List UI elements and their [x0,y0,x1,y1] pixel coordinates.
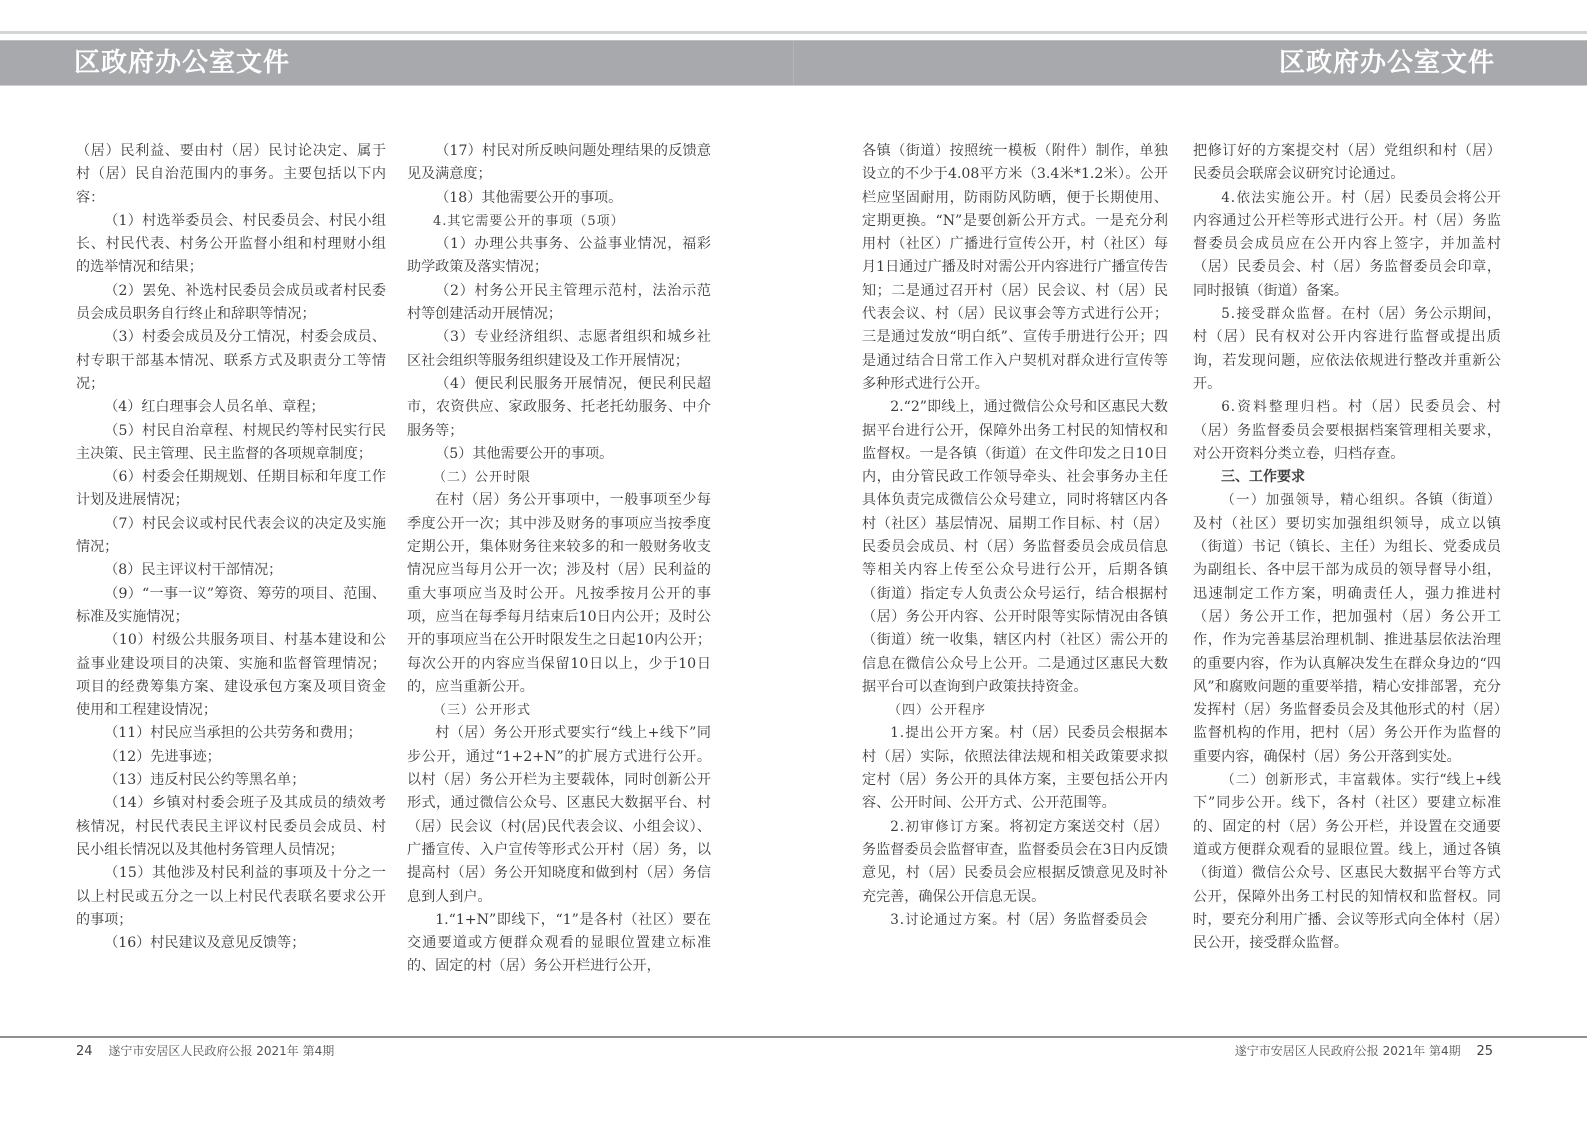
paragraph-lead: 5.接受群众监督。 [1221,306,1341,322]
paragraph-lead: 3.讨论通过方案。 [890,912,1006,928]
list-item: （15）其他涉及村民利益的事项及十分之一以上村民或五分之一以上村民代表联名要求公… [76,862,386,932]
right-page-footer: 遂宁市安居区人民政府公报 2021年 第4期 25 [1235,1043,1493,1060]
header-banner: 区政府办公室文件 区政府办公室文件 [0,40,1587,86]
paragraph-lead: 4.依法实施公开。 [1221,190,1341,206]
lead-paragraph: 6.资料整理归档。村（居）民委员会、村（居）务监督委员会要根据档案管理相关要求，… [1193,396,1501,466]
list-item: 2.“2”即线上，通过微信公众号和区惠民大数据平台进行公开，保障外出务工村民的知… [862,396,1168,699]
list-item: （11）村民应当承担的公共劳务和费用； [76,722,386,745]
lead-paragraph: （二）创新形式，丰富载体。实行“线上+线下”同步公开。线下，各村（社区）要建立标… [1193,769,1501,955]
paragraph-text: 村（居）务监督委员会 [1007,912,1148,928]
paragraph-lead: 6.资料整理归档。 [1221,399,1348,415]
subsection-heading: （二）公开时限 [407,466,711,489]
body-paragraph: 各镇（街道）按照统一模板（附件）制作，单独设立的不少于4.08平方米（3.4米*… [862,140,1168,396]
paragraph-lead: 2.初审修订方案。 [890,819,1009,835]
publication-name: 遂宁市安居区人民政府公报 [108,1044,252,1058]
list-item: （8）民主评议村干部情况； [76,559,386,582]
publication-issue: 第4期 [303,1044,335,1058]
page-number: 25 [1476,1044,1493,1059]
list-item: 1.“1+N”即线下，“1”是各村（社区）要在交通要道或方便群众观看的显眼位置建… [407,909,711,979]
subsection-heading: （三）公开形式 [407,699,711,722]
list-item: 村（居）务公开形式要实行“线上+线下”同步公开，通过“1+2+N”的扩展方式进行… [407,722,711,908]
list-item: （3）专业经济组织、志愿者组织和城乡社区社会组织等服务组织建设及工作开展情况； [407,326,711,373]
list-item: （5）其他需要公开的事项。 [407,443,711,466]
page-spine-divider [793,41,794,85]
list-item: 在村（居）务公开事项中，一般事项至少每季度公开一次；其中涉及财务的事项应当按季度… [407,489,711,699]
subsection-heading: 4.其它需要公开的事项（5项） [407,210,711,233]
footer-rule [0,1036,1587,1038]
list-item: （6）村委会任期规划、任期目标和年度工作计划及进展情况； [76,466,386,513]
list-item: （1）村选举委员会、村民委员会、村民小组长、村民代表、村务公开监督小组和村理财小… [76,210,386,280]
list-item: （9）“一事一议”筹资、筹劳的项目、范围、标准及实施情况； [76,583,386,630]
list-item: （10）村级公共服务项目、村基本建设和公益事业建设项目的决策、实施和监督管理情况… [76,629,386,722]
list-item: （7）村民会议或村民代表会议的决定及实施情况； [76,513,386,560]
page-number: 24 [76,1044,93,1059]
lead-paragraph: （一）加强领导，精心组织。各镇（街道）及村（社区）要切实加强组织领导，成立以镇（… [1193,489,1501,769]
right-page-header-title: 区政府办公室文件 [1279,47,1495,79]
list-item: （2）村务公开民主管理示范村，法治示范村等创建活动开展情况； [407,280,711,327]
publication-name: 遂宁市安居区人民政府公报 [1235,1044,1379,1058]
publication-issue: 第4期 [1429,1044,1461,1058]
left-page-column-2: （17）村民对所反映问题处理结果的反馈意见及满意度；（18）其他需要公开的事项。… [407,140,711,979]
left-page-footer: 24 遂宁市安居区人民政府公报 2021年 第4期 [76,1043,334,1060]
right-page-column-1: 各镇（街道）按照统一模板（附件）制作，单独设立的不少于4.08平方米（3.4米*… [862,140,1168,932]
list-item: （2）罢免、补选村民委员会成员或者村民委员会成员职务自行终止和辞职等情况； [76,280,386,327]
lead-paragraph: 3.讨论通过方案。村（居）务监督委员会 [862,909,1168,932]
paragraph-lead: （二）创新形式，丰富载体。 [1221,772,1411,788]
lead-paragraph: 2.初审修订方案。将初定方案送交村（居）务监督委员会监督审查，监督委员会在3日内… [862,816,1168,909]
list-item: （5）村民自治章程、村规民约等村民实行民主决策、民主管理、民主监督的各项规章制度… [76,420,386,467]
subsection-heading: （四）公开程序 [862,699,1168,722]
list-item: （14）乡镇对村委会班子及其成员的绩效考核情况，村民代表民主评议村民委员会成员、… [76,792,386,862]
left-page-column-1: （居）民利益、要由村（居）民讨论决定、属于村（居）民自治范围内的事务。主要包括以… [76,140,386,955]
top-rule [0,31,1587,34]
paragraph-text: 各镇（街道）及村（社区）要切实加强组织领导，成立以镇（街道）书记（镇长、主任）为… [1193,492,1501,764]
list-item: （4）红白理事会人员名单、章程； [76,396,386,419]
section-heading: 三、工作要求 [1193,466,1501,489]
list-item: （13）违反村民公约等黑名单； [76,769,386,792]
lead-paragraph: 5.接受群众监督。在村（居）务公示期间，村（居）民有权对公开内容进行监督或提出质… [1193,303,1501,396]
list-item: （17）村民对所反映问题处理结果的反馈意见及满意度； [407,140,711,187]
lead-paragraph: 4.依法实施公开。村（居）民委员会将公开内容通过公开栏等形式进行公开。村（居）务… [1193,187,1501,303]
list-item: （1）办理公共事务、公益事业情况，福彩助学政策及落实情况； [407,233,711,280]
list-item: （12）先进事迹； [76,746,386,769]
list-item: （18）其他需要公开的事项。 [407,187,711,210]
list-item: （3）村委会成员及分工情况，村委会成员、村专职干部基本情况、联系方式及职责分工等… [76,326,386,396]
right-page-column-2: 把修订好的方案提交村（居）党组织和村（居）民委员会联席会议研究讨论通过。4.依法… [1193,140,1501,955]
publication-year: 2021年 [256,1044,299,1058]
paragraph-text: 实行“线上+线下”同步公开。线下，各村（社区）要建立标准的、固定的村（居）务公开… [1193,772,1501,951]
paragraph-lead: 1.提出公开方案。 [890,725,1009,741]
lead-paragraph: 1.提出公开方案。村（居）民委员会根据本村（居）实际，依照法律法规和相关政策要求… [862,722,1168,815]
left-page-header-title: 区政府办公室文件 [74,47,290,79]
paragraph-lead: （一）加强领导，精心组织。 [1221,492,1414,508]
publication-year: 2021年 [1383,1044,1426,1058]
body-paragraph: 把修订好的方案提交村（居）党组织和村（居）民委员会联席会议研究讨论通过。 [1193,140,1501,187]
list-item: （16）村民建议及意见反馈等； [76,932,386,955]
list-item: （4）便民利民服务开展情况，便民利民超市，农资供应、家政服务、托老托幼服务、中介… [407,373,711,443]
body-paragraph: （居）民利益、要由村（居）民讨论决定、属于村（居）民自治范围内的事务。主要包括以… [76,140,386,210]
